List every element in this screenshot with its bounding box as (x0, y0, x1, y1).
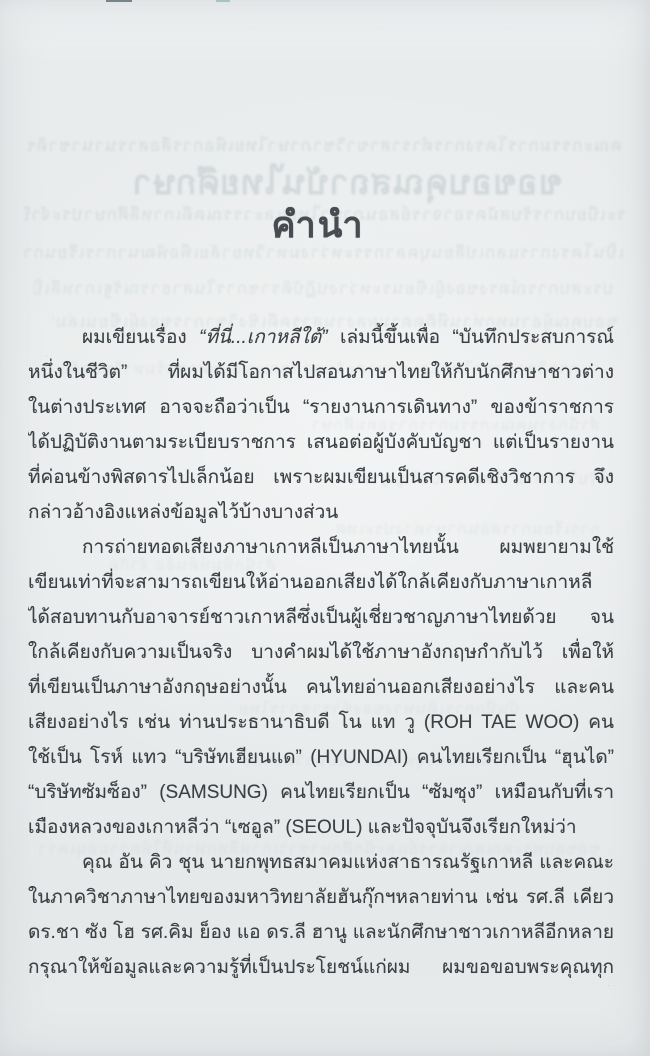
text-line: การถ่ายทอดเสียงภาษาเกาหลีเป็นภาษาไทยนั้น… (28, 531, 614, 566)
scan-artifact-tick (106, 0, 132, 2)
text-run: ได้สอบทานกับอาจารย์ชาวเกาหลีซึ่งเป็นผู้เ… (28, 607, 614, 636)
text-line: เมืองหลวงของเกาหลีว่า “เซอูล” (SEOUL) แล… (28, 811, 614, 846)
text-line: “บริษัทซัมซ็อง” (SAMSUNG) คนไทยเรียกเป็น… (28, 776, 614, 811)
text-line: ในต่างประเทศ อาจจะถือว่าเป็น “รายงานการเ… (28, 391, 614, 426)
text-run: ใกล้เคียงกับความเป็นจริง บางคำผมได้ใช้ภา… (28, 642, 614, 671)
text-line: เสียงอย่างไร เช่น ท่านประธานาธิบดี โน แท… (28, 706, 614, 741)
text-line: กล่าวอ้างอิงแหล่งข้อมูลไว้บ้างบางส่วน (28, 496, 614, 531)
text-run: ที่ค่อนข้างพิสดารไปเล็กน้อย เพราะผมเขียน… (28, 467, 614, 496)
text-run: คุณ อัน คิว ชุน นายกพุทธสมาคมแห่งสาธารณร… (28, 852, 614, 881)
text-line: ดร.ชา ซัง โฮ รศ.คิม ย็อง แอ ดร.ลี ฮานู แ… (28, 916, 614, 951)
text-run: เสียงอย่างไร เช่น ท่านประธานาธิบดี โน แท… (28, 712, 614, 741)
text-line: คุณ อัน คิว ชุน นายกพุทธสมาคมแห่งสาธารณร… (28, 846, 614, 881)
text-run: ผมเขียนเรื่อง (82, 327, 199, 348)
text-line: กรุณาให้ข้อมูลและความรู้ที่เป็นประโยชน์แ… (28, 951, 614, 986)
text-run: ที่เขียนเป็นภาษาอังกฤษอย่างนั้น คนไทยอ่า… (28, 677, 614, 706)
text-line: ในภาควิชาภาษาไทยของมหาวิทยาลัยฮันกุ๊กฯหล… (28, 881, 614, 916)
text-run: “บริษัทซัมซ็อง” (SAMSUNG) คนไทยเรียกเป็น… (28, 782, 614, 811)
text-run: ได้ปฏิบัติงานตามระเบียบราชการ เสนอต่อผู้… (28, 432, 614, 461)
text-line: เขียนเท่าที่จะสามารถเขียนให้อ่านออกเสียง… (28, 566, 614, 601)
bleedthrough-line: คณะกรรมการโครงการตำราสาขาวิชาภาษาไทยเพื่… (28, 136, 622, 156)
text-run: กล่าวอ้างอิงแหล่งข้อมูลไว้บ้างบางส่วน (28, 502, 338, 523)
paragraph: คุณ อัน คิว ชุน นายกพุทธสมาคมแห่งสาธารณร… (28, 846, 614, 986)
text-line: ใช้เป็น โรห์ แทว “บริษัทเฮียนแด” (HYUNDA… (28, 741, 614, 776)
text-run: เมืองหลวงของเกาหลีว่า “เซอูล” (SEOUL) แล… (28, 817, 577, 846)
text-run: กรุณาให้ข้อมูลและความรู้ที่เป็นประโยชน์แ… (28, 957, 614, 986)
bleedthrough-line: ประสบการณ์ตรงของผู้เขียนระหว่างปฏิบัติรา… (34, 279, 614, 299)
text-line: ผมเขียนเรื่อง “ที่นี่...เกาหลีใต้” เล่มน… (28, 321, 614, 356)
scan-artifact-tick-small (216, 0, 230, 2)
text-run: การถ่ายทอดเสียงภาษาเกาหลีเป็นภาษาไทยนั้น… (28, 537, 614, 566)
paragraph: ผมเขียนเรื่อง “ที่นี่...เกาหลีใต้” เล่มน… (28, 321, 614, 531)
text-line: หนึ่งในชีวิต” ที่ผมได้มีโอกาสไปสอนภาษาไท… (28, 356, 614, 391)
paragraph: การถ่ายทอดเสียงภาษาเกาหลีเป็นภาษาไทยนั้น… (28, 531, 614, 846)
text-run: ในต่างประเทศ อาจจะถือว่าเป็น “รายงานการเ… (28, 397, 614, 426)
text-run: ใช้เป็น โรห์ แทว “บริษัทเฮียนแด” (HYUNDA… (28, 747, 614, 776)
text-line: ที่เขียนเป็นภาษาอังกฤษอย่างนั้น คนไทยอ่า… (28, 671, 614, 706)
text-run: หนึ่งในชีวิต” ที่ผมได้มีโอกาสไปสอนภาษาไท… (28, 362, 614, 391)
text-line: ได้ปฏิบัติงานตามระเบียบราชการ เสนอต่อผู้… (28, 426, 614, 461)
scanned-page: คณะกรรมการโครงการตำราสาขาวิชาภาษาไทยเพื่… (0, 0, 650, 1056)
text-run: ดร.ชา ซัง โฮ รศ.คิม ย็อง แอ ดร.ลี ฮานู แ… (28, 922, 614, 951)
preface-title: คำนำ (0, 196, 636, 253)
text-line: ได้สอบทานกับอาจารย์ชาวเกาหลีซึ่งเป็นผู้เ… (28, 601, 614, 636)
text-run: ในภาควิชาภาษาไทยของมหาวิทยาลัยฮันกุ๊กฯหล… (28, 887, 614, 916)
preface-body: ผมเขียนเรื่อง “ที่นี่...เกาหลีใต้” เล่มน… (28, 321, 614, 986)
text-line: ที่ค่อนข้างพิสดารไปเล็กน้อย เพราะผมเขียน… (28, 461, 614, 496)
book-title-phrase: “ที่นี่...เกาหลีใต้” (199, 327, 327, 348)
text-line: ใกล้เคียงกับความเป็นจริง บางคำผมได้ใช้ภา… (28, 636, 614, 671)
text-run: เขียนเท่าที่จะสามารถเขียนให้อ่านออกเสียง… (28, 572, 614, 601)
